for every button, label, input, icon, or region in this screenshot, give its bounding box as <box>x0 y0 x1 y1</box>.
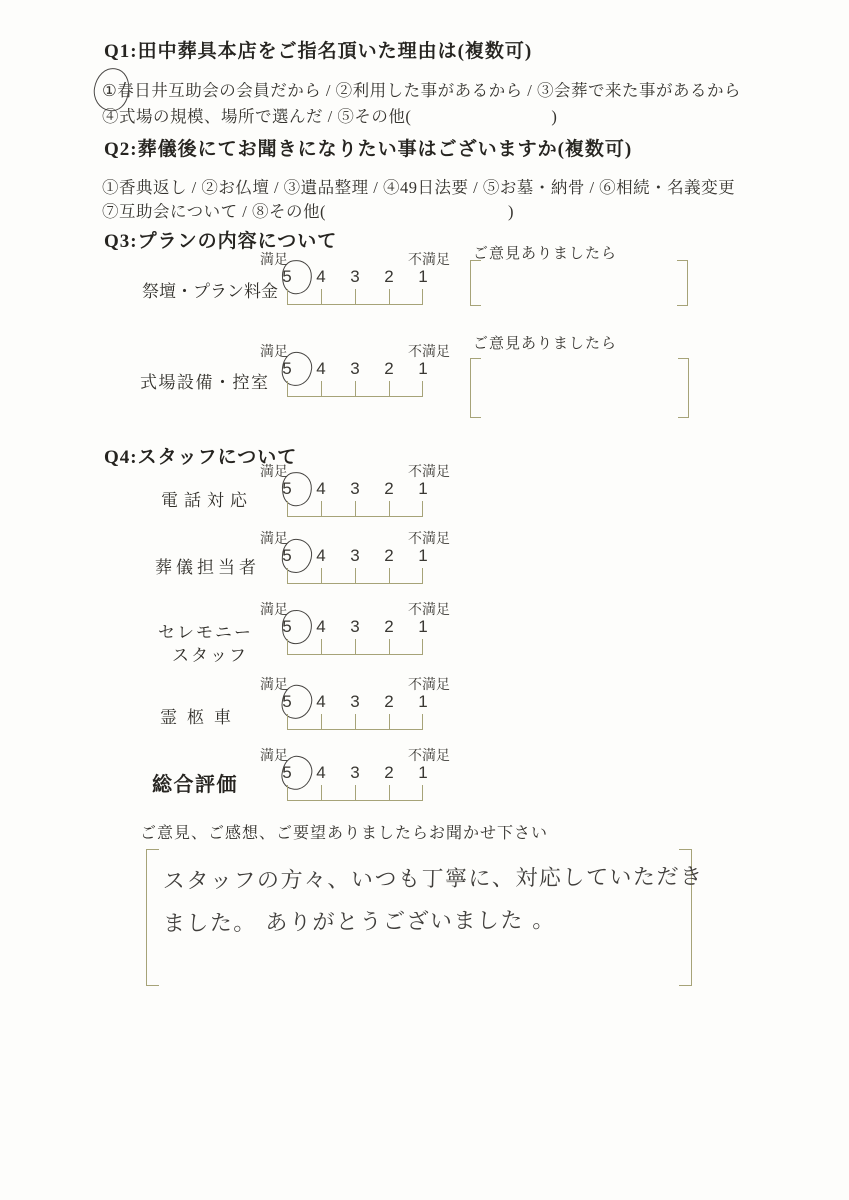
comment-bracket-box <box>470 358 689 418</box>
right-bracket <box>678 358 689 418</box>
row-label-hearse: 霊柩車 <box>160 703 241 728</box>
q2-option-8-close: ) <box>508 202 514 221</box>
dissatisfied-label: 不満足 <box>408 251 450 267</box>
ruler-tick <box>422 289 423 304</box>
handwritten-comment-line1: スタッフの方々、いつも丁寧に、対応していただき <box>163 860 704 896</box>
free-comment-prompt: ご意見、ご感想、ご要望ありましたらお聞かせ下さい <box>140 820 548 843</box>
scale-number-1: 1 <box>406 763 440 783</box>
dissatisfied-label: 不満足 <box>408 530 450 546</box>
row-label-altar-plan-fee: 祭壇・プラン料金 <box>142 277 278 302</box>
satisfied-label: 満足 <box>260 676 288 692</box>
q2-options-line2: ⑦互助会について / ⑧その他() <box>102 198 514 222</box>
dissatisfied-label: 不満足 <box>408 747 450 763</box>
row-label-ceremony-staff-line2: スタッフ <box>172 641 248 666</box>
scale-ruler <box>287 785 423 801</box>
ruler-tick <box>321 785 322 800</box>
option-separator: / <box>523 81 537 100</box>
q2-options-line1: ①香典返し / ②お仏壇 / ③遺品整理 / ④49日法要 / ⑤お墓・納骨 /… <box>102 174 735 198</box>
q1-option-1: ① <box>102 81 117 101</box>
ruler-tick <box>321 501 322 516</box>
ruler-tick <box>321 639 322 654</box>
satisfied-label: 満足 <box>260 747 288 763</box>
ruler-tick <box>389 289 390 304</box>
q1-option-2: ②利用した事があるから <box>336 81 523 100</box>
q2-heading: Q2:葬儀後にてお聞きになりたい事はございますか(複数可) <box>104 134 632 161</box>
ruler-tick <box>389 501 390 516</box>
ruler-tick <box>355 785 356 800</box>
scale-number-2: 2 <box>372 546 406 566</box>
q1-option-1-mark: ① <box>102 81 117 100</box>
option-separator: / <box>323 107 337 126</box>
rating-scale-phone-response: 満足 不満足 5 4 3 2 1 <box>260 463 450 517</box>
ruler-tick <box>321 714 322 729</box>
ruler-tick <box>422 568 423 583</box>
scale-number-1: 1 <box>406 359 440 379</box>
scale-number-3: 3 <box>338 546 372 566</box>
scanned-survey-form: { "colors": { "line_olive": "#a6a378", "… <box>0 0 849 1200</box>
row-label-hall-facilities: 式場設備・控室 <box>140 368 270 393</box>
ruler-tick <box>355 639 356 654</box>
scale-number-1: 1 <box>406 692 440 712</box>
satisfied-label: 満足 <box>260 601 288 617</box>
scale-number-1: 1 <box>406 546 440 566</box>
ruler-tick <box>389 568 390 583</box>
ruler-tick <box>287 381 288 396</box>
scale-number-3: 3 <box>338 617 372 637</box>
ruler-tick <box>389 639 390 654</box>
ruler-tick <box>389 714 390 729</box>
row-label-ceremony-staff-line1: セレモニー <box>158 618 253 643</box>
ruler-tick <box>287 714 288 729</box>
rating-scale-overall: 満足 不満足 5 4 3 2 1 <box>260 747 450 801</box>
q1-heading: Q1:田中葬具本店をご指名頂いた理由は(複数可) <box>104 36 532 63</box>
scale-ruler <box>287 639 423 655</box>
scale-ruler <box>287 289 423 305</box>
row-label-funeral-director: 葬儀担当者 <box>155 553 260 578</box>
ruler-tick <box>287 785 288 800</box>
rating-scale-ceremony-staff: 満足 不満足 5 4 3 2 1 <box>260 601 450 655</box>
scale-number-1: 1 <box>406 617 440 637</box>
left-bracket <box>146 849 159 986</box>
ruler-tick <box>321 568 322 583</box>
ruler-tick <box>355 568 356 583</box>
ruler-tick <box>355 501 356 516</box>
q1-other-blank <box>411 121 551 122</box>
scale-number-2: 2 <box>372 692 406 712</box>
dissatisfied-label: 不満足 <box>408 463 450 479</box>
right-bracket <box>677 260 688 306</box>
scale-number-1: 1 <box>406 267 440 287</box>
dissatisfied-label: 不満足 <box>408 601 450 617</box>
scale-ruler <box>287 381 423 397</box>
satisfied-label: 満足 <box>260 530 288 546</box>
rating-scale-hearse: 満足 不満足 5 4 3 2 1 <box>260 676 450 730</box>
ruler-tick <box>422 501 423 516</box>
ruler-tick <box>422 785 423 800</box>
option-separator: / <box>321 81 335 100</box>
ruler-tick <box>422 381 423 396</box>
q2-option-7-8: ⑦互助会について / ⑧その他( <box>102 202 326 221</box>
scale-number-3: 3 <box>338 763 372 783</box>
scale-number-2: 2 <box>372 617 406 637</box>
ruler-tick <box>355 289 356 304</box>
scale-ruler <box>287 714 423 730</box>
q1-option-3: ③会葬で来た事があるから <box>537 81 741 100</box>
scale-number-1: 1 <box>406 479 440 499</box>
scale-number-2: 2 <box>372 479 406 499</box>
q1-options-line2: ④式場の規模、場所で選んだ / ⑤その他() <box>102 103 557 127</box>
scale-number-3: 3 <box>338 692 372 712</box>
dissatisfied-label: 不満足 <box>408 343 450 359</box>
scale-number-2: 2 <box>372 763 406 783</box>
rating-scale-hall-facilities: 満足 不満足 5 4 3 2 1 <box>260 343 450 397</box>
ruler-tick <box>321 289 322 304</box>
comment-invite-label: ご意見ありましたら <box>473 332 617 353</box>
row-label-phone-response: 電話対応 <box>161 486 253 511</box>
ruler-tick <box>355 381 356 396</box>
scale-ruler <box>287 568 423 584</box>
scale-number-2: 2 <box>372 267 406 287</box>
ruler-tick <box>389 785 390 800</box>
satisfied-label: 満足 <box>260 343 288 359</box>
scale-number-3: 3 <box>338 267 372 287</box>
q1-options-line1: ①春日井互助会の会員だから / ②利用した事があるから / ③会葬で来た事がある… <box>102 77 741 101</box>
left-bracket <box>470 260 481 306</box>
q2-other-blank <box>326 216 508 217</box>
q1-option-4: ④式場の規模、場所で選んだ <box>102 107 323 126</box>
ruler-tick <box>287 289 288 304</box>
ruler-tick <box>321 381 322 396</box>
ruler-tick <box>287 568 288 583</box>
left-bracket <box>470 358 481 418</box>
ruler-tick <box>287 501 288 516</box>
scale-number-2: 2 <box>372 359 406 379</box>
scale-ruler <box>287 501 423 517</box>
scale-number-3: 3 <box>338 479 372 499</box>
scale-number-3: 3 <box>338 359 372 379</box>
row-label-overall-rating: 総合評価 <box>152 768 238 797</box>
handwritten-comment-line2: ました。 ありがとうございました 。 <box>163 903 557 937</box>
q1-option-5-close: ) <box>551 107 557 126</box>
rating-scale-funeral-director: 満足 不満足 5 4 3 2 1 <box>260 530 450 584</box>
rating-scale-altar-plan-fee: 満足 不満足 5 4 3 2 1 <box>260 251 450 305</box>
dissatisfied-label: 不満足 <box>408 676 450 692</box>
q1-option-5: ⑤その他( <box>337 107 411 126</box>
ruler-tick <box>389 381 390 396</box>
q3-heading: Q3:プランの内容について <box>104 226 337 253</box>
ruler-tick <box>355 714 356 729</box>
ruler-tick <box>422 714 423 729</box>
q1-option-1-text: 春日井互助会の会員だから <box>117 81 321 100</box>
ruler-tick <box>422 639 423 654</box>
comment-bracket-box <box>470 260 688 306</box>
ruler-tick <box>287 639 288 654</box>
